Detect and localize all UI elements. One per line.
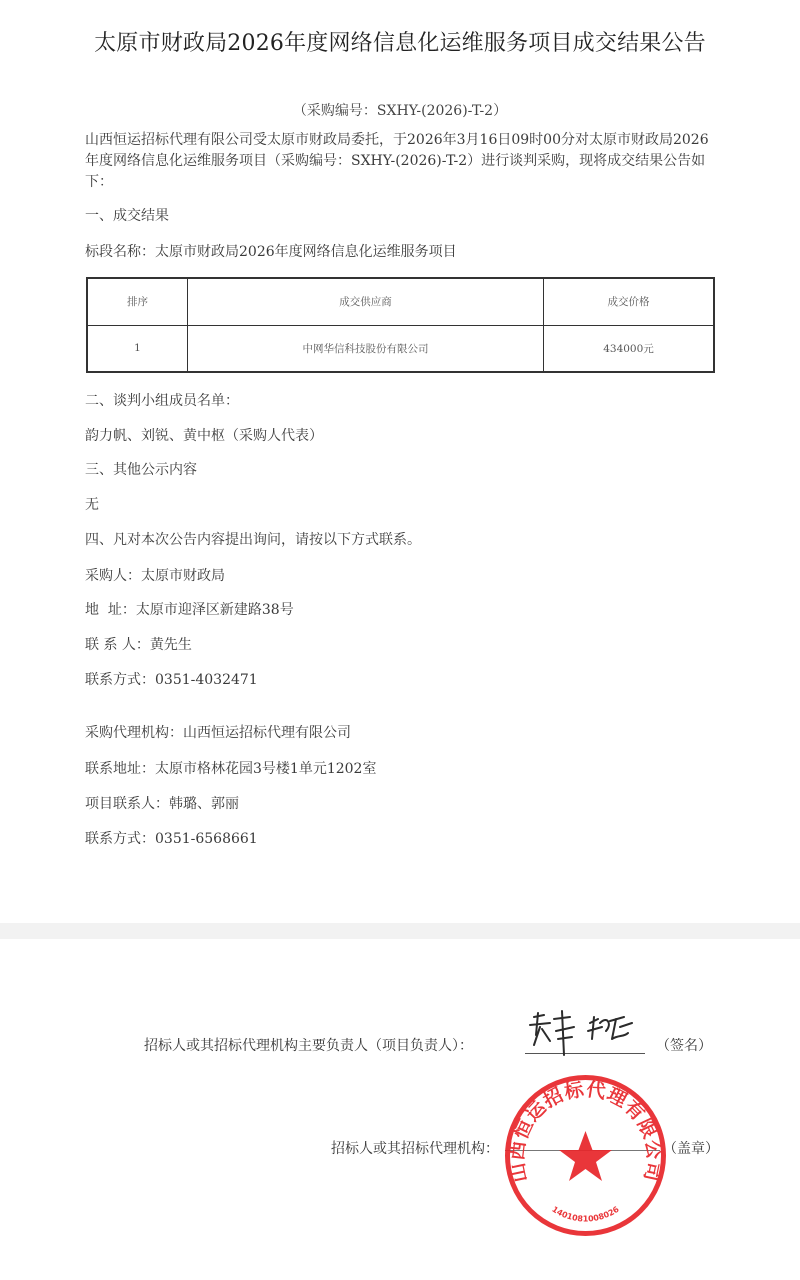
svg-text:1401081008026: 1401081008026 [550, 1204, 621, 1223]
purchaser-phone: 联系方式：0351-4032471 [85, 669, 258, 689]
agency-address: 联系地址：太原市格林花园3号楼1单元1202室 [85, 758, 376, 778]
seal-code: 1401081008026 [550, 1204, 621, 1223]
procurement-number: （采购编号：SXHY-(2026)-T-2） [0, 100, 800, 120]
page-divider [0, 923, 800, 939]
table-header-row: 排序 成交供应商 成交价格 [87, 278, 714, 325]
purchaser-name: 采购人：太原市财政局 [85, 565, 225, 585]
purchaser-address: 地 址：太原市迎泽区新建路38号 [85, 599, 294, 619]
header-rank: 排序 [87, 278, 188, 325]
panel-members: 韵力帆、刘锐、黄中枢（采购人代表） [85, 425, 323, 445]
cell-supplier: 中网华信科技股份有限公司 [188, 325, 544, 372]
handwritten-signature-icon [520, 1005, 650, 1060]
company-seal-icon: 山西恒运招标代理有限公司 1401081008026 [503, 1073, 668, 1238]
section3-heading: 三、其他公示内容 [85, 459, 197, 479]
header-price: 成交价格 [544, 278, 715, 325]
seal-suffix: （盖章） [663, 1138, 719, 1158]
lot-name: 标段名称：太原市财政局2026年度网络信息化运维服务项目 [85, 241, 457, 261]
signer-label: 招标人或其招标代理机构主要负责人（项目负责人）： [144, 1035, 473, 1055]
agency-contact: 项目联系人：韩璐、郭丽 [85, 793, 239, 813]
seal-label: 招标人或其招标代理机构： [331, 1138, 499, 1158]
section2-heading: 二、谈判小组成员名单： [85, 390, 239, 410]
section4-heading: 四、凡对本次公告内容提出询问，请按以下方式联系。 [85, 529, 421, 549]
cell-price: 434000元 [544, 325, 715, 372]
section1-heading: 一、成交结果 [85, 205, 169, 225]
signer-suffix: （签名） [656, 1035, 712, 1055]
result-table: 排序 成交供应商 成交价格 1 中网华信科技股份有限公司 434000元 [86, 277, 715, 373]
purchaser-contact: 联 系 人：黄先生 [85, 634, 192, 654]
agency-phone: 联系方式：0351-6568661 [85, 828, 258, 848]
document-title: 太原市财政局2026年度网络信息化运维服务项目成交结果公告 [0, 26, 800, 57]
cell-rank: 1 [87, 325, 188, 372]
other-content: 无 [85, 494, 99, 514]
intro-paragraph: 山西恒运招标代理有限公司受太原市财政局委托，于2026年3月16日09时00分对… [85, 130, 720, 193]
agency-name: 采购代理机构：山西恒运招标代理有限公司 [85, 722, 351, 742]
header-supplier: 成交供应商 [188, 278, 544, 325]
table-row: 1 中网华信科技股份有限公司 434000元 [87, 325, 714, 372]
